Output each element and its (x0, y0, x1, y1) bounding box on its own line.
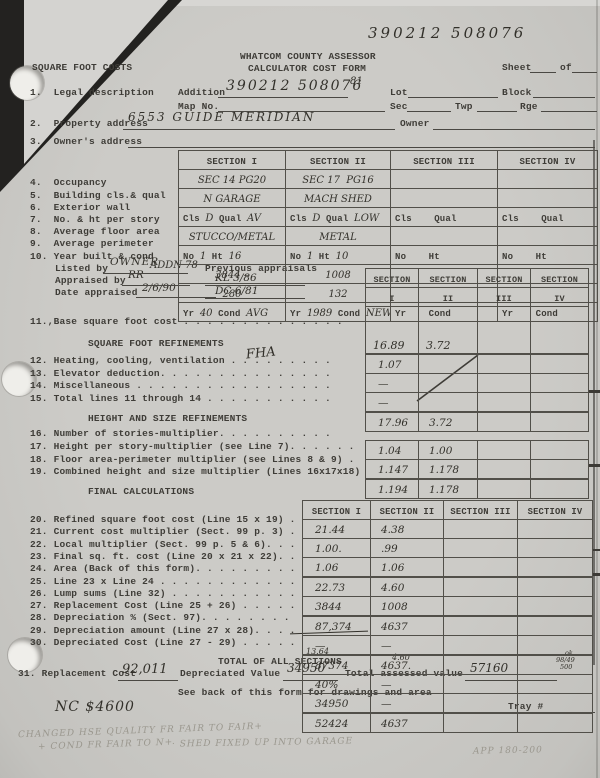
text-lines-l27: 27. Replacement Cost (Line 25 + 26) . . … (30, 600, 296, 611)
value-cell: 4637 (371, 713, 444, 733)
typed-text: SECTION III (413, 157, 475, 167)
text-lines-l28: 28. Depreciation % (Sect. 97). . . . . .… (30, 612, 290, 623)
handwritten-value: 4.60 (375, 582, 404, 594)
handwritten-text: 3844 – (215, 270, 249, 281)
handwritten-text: SEC 17 PG16 (302, 175, 374, 186)
text-lines-l21: 21. Current cost multiplier (Sect. 99 p.… (30, 526, 296, 537)
handwritten-value: 1.00. (307, 543, 342, 555)
value-cell (518, 597, 593, 617)
text-lines-l29: 29. Depreciation amount (Line 27 x 28). … (30, 625, 296, 636)
form-line (103, 264, 188, 274)
height-size-grid: 1.041.001.1471.1781.1941.178 (365, 440, 589, 499)
form-line (123, 120, 395, 130)
text-property_table-row_labels-3: 7. No. & ht per story (30, 214, 160, 225)
value-cell (478, 355, 531, 374)
property-cell: Cls Qual (391, 208, 498, 227)
value-cell: 34950 (303, 694, 371, 714)
property-cell (498, 189, 598, 208)
handwritten-value: 1.194 (370, 484, 408, 496)
value-cell (518, 675, 593, 694)
mini-header-cell: SECTION (366, 269, 419, 288)
typed-text: I (389, 294, 394, 304)
property-cell (391, 170, 498, 189)
value-cell (444, 694, 518, 714)
handwritten-text: 40 (200, 308, 213, 319)
value-cell (444, 539, 518, 558)
handwritten-value: — (370, 397, 389, 409)
handwritten-value: 40% (307, 679, 338, 691)
typed-text: Cond (332, 309, 366, 319)
handwritten-value: 1.00 (423, 445, 452, 457)
typed-text: III (496, 294, 512, 304)
line11-value-cell (478, 307, 531, 354)
value-cell: 21.44 (303, 520, 371, 539)
handwritten-text: SEC 14 PG20 (198, 175, 266, 186)
typed-text: SECTION (541, 275, 578, 285)
handwritten-value: 16.89 (373, 339, 405, 352)
handwritten-value: .99 (375, 543, 398, 555)
property-cell: No 1 Ht 16 (179, 246, 286, 265)
text-lines-l23: 23. Final sq. ft. cost (Line 20 x 21 x 2… (30, 551, 296, 562)
typed-text: Cls (290, 214, 312, 224)
handwritten-value: 1.06 (307, 562, 338, 574)
final-calculations-grid: SECTION ISECTION IISECTION IIISECTION IV… (302, 500, 593, 733)
property-cell: MACH SHED (286, 189, 391, 208)
typed-text: Cls Qual (502, 214, 564, 224)
section-header-cell: SECTION III (391, 151, 498, 170)
value-cell (518, 577, 593, 597)
text-lines-l15: 15. Total lines 11 through 14 . . . . . … (30, 393, 331, 404)
value-cell: 1.06 (303, 558, 371, 578)
value-cell (444, 713, 518, 733)
handwritten-value: — (370, 378, 389, 390)
heavy-rule-extension (588, 390, 600, 393)
value-cell: 4637 (371, 616, 444, 636)
value-cell (419, 393, 478, 413)
text-lines-l12: 12. Heating, cooling, ventilation . . . … (30, 355, 331, 366)
handwritten-value: 1.07 (370, 359, 401, 371)
text-legal-sup: 81 (350, 77, 363, 88)
text-lines-l25: 25. Line 23 x Line 24 . . . . . . . . . … (30, 576, 296, 587)
form-line (118, 671, 178, 681)
text-footer-nc: NC $4600 (55, 700, 135, 715)
page-right-edge-faint (596, 0, 598, 778)
handwritten-value: 17.96 (370, 417, 408, 429)
value-cell: 3.72 (419, 412, 478, 432)
form-line (541, 102, 597, 112)
value-cell: 4.38 (371, 520, 444, 539)
value-cell (518, 539, 593, 558)
handwritten-text: AVG (246, 308, 268, 319)
value-cell: 1008 (371, 597, 444, 617)
text-lines-final_header: FINAL CALCULATIONS (88, 486, 194, 497)
value-cell (531, 479, 589, 499)
handwritten-text: 132 (328, 289, 347, 300)
typed-text: Yr (290, 309, 307, 319)
typed-text: No Ht (395, 252, 440, 262)
text-footer-pencil3: · SHED FIXED UP INTO GARAGE (172, 737, 353, 750)
corner-fold-flap (0, 0, 200, 200)
value-cell: 1.07 (366, 355, 419, 374)
text-legal-lot: Lot (390, 87, 408, 98)
value-cell (518, 694, 593, 714)
value-cell (531, 412, 589, 432)
value-cell (518, 655, 593, 675)
handwritten-value: 4637 (375, 718, 408, 730)
typed-text: Cls (183, 214, 205, 224)
typed-text: Qual (213, 214, 247, 224)
text-legal-owner: Owner (400, 118, 430, 129)
text-lines-hs_header: HEIGHT AND SIZE REFINEMENTS (88, 413, 247, 424)
value-cell: 1.178 (419, 460, 478, 480)
section-header-cell: SECTION I (179, 151, 286, 170)
property-cell: N GARAGE (179, 189, 286, 208)
value-cell (518, 713, 593, 733)
property-cell: 280 (179, 284, 286, 303)
handwritten-value: 1.178 (423, 484, 459, 496)
handwritten-value: 4.38 (375, 524, 404, 536)
typed-text: SECTION (485, 275, 522, 285)
section-header-cell: SECTION II (286, 151, 391, 170)
form-line (407, 102, 451, 112)
value-cell: — (366, 374, 419, 393)
typed-text: Cond (213, 309, 247, 319)
text-property_table-row_labels-2: 6. Exterior wall (30, 202, 130, 213)
form-line (572, 63, 597, 73)
text-lines-l22: 22. Local multiplier (Sect. 99 p. 5 & 6)… (30, 539, 296, 550)
text-lines-l30: 30. Depreciated Cost (Line 27 - 29) . . … (30, 637, 296, 648)
value-cell: 1.178 (419, 479, 478, 499)
value-cell: — (303, 636, 371, 656)
scanned-form-page: 390212 508076SQUARE FOOT COSTSWHATCOM CO… (0, 0, 600, 778)
text-page-of: of (560, 62, 572, 73)
value-cell (444, 616, 518, 636)
line11-value-cell: 16.89 (366, 307, 419, 354)
handwritten-value: 1.04 (370, 445, 401, 457)
value-cell: — (366, 393, 419, 413)
text-lines-l19: 19. Combined height and size multiplier … (30, 466, 360, 477)
text-property_table-row_labels-4: 8. Average floor area (30, 226, 160, 237)
property-cell: SEC 14 PG20 (179, 170, 286, 189)
handwritten-value: — (375, 640, 392, 652)
text-property_table-row_labels-1: 5. Building cls.& qual (30, 190, 166, 201)
form-line (218, 102, 385, 112)
property-cell: No Ht (498, 246, 598, 265)
value-cell: — (371, 675, 444, 694)
value-cell: — (371, 694, 444, 714)
text-legal-n1l1: 1. Legal description (30, 87, 154, 98)
typed-text: SECTION IV (519, 157, 575, 167)
value-cell (531, 374, 589, 393)
text-lines-l24: 24. Area (Back of this form). . . . . . … (30, 563, 296, 574)
typed-text: SECTION (429, 275, 466, 285)
typed-text: No Ht (502, 252, 547, 262)
handwritten-text: 1008 (325, 270, 350, 281)
text-page-sheet: Sheet (502, 62, 532, 73)
value-cell: — (371, 636, 444, 656)
value-cell: .99 (371, 539, 444, 558)
text-lines-l20: 20. Refined square foot cost (Line 15 x … (30, 514, 296, 525)
property-cell: No Ht (391, 246, 498, 265)
heavy-rule-extension (592, 573, 600, 576)
typed-text: SECTION II (310, 157, 366, 167)
property-cell: METAL (286, 227, 391, 246)
value-cell (444, 636, 518, 656)
section-header-cell: SECTION I (303, 501, 371, 520)
refinements-grid: 1.07——17.963.72 (365, 354, 589, 432)
text-legal-twp: Twp (455, 101, 473, 112)
property-cell: Cls D Qual AV (179, 208, 286, 227)
property-cell: No 1 Ht 10 (286, 246, 391, 265)
value-cell: 1.06 (371, 558, 444, 578)
property-cell (498, 170, 598, 189)
form-line (408, 88, 498, 98)
handwritten-text: AV (247, 213, 261, 224)
typed-text: SECTION I (207, 157, 257, 167)
handwritten-value: 52424 (307, 718, 348, 730)
handwritten-text: STUCCO/METAL (189, 232, 275, 243)
typed-text: SECTION II (380, 507, 435, 517)
value-cell: 3844 (303, 597, 371, 617)
mini-header-cell: SECTION (531, 269, 589, 288)
value-cell: 17.96 (366, 412, 419, 432)
value-cell: 22.73 (303, 577, 371, 597)
handwritten-text: METAL (319, 232, 357, 243)
form-line (477, 102, 517, 112)
text-appraisal-date_label: Date appraised (55, 287, 138, 298)
value-cell: 1.00 (419, 441, 478, 460)
value-cell: 1.04 (366, 441, 419, 460)
form-line (533, 88, 595, 98)
value-cell (531, 460, 589, 480)
handwritten-text: LOW (354, 213, 379, 224)
typed-text: SECTION IV (528, 507, 583, 517)
section-header-cell: SECTION III (444, 501, 518, 520)
heavy-rule-extension (588, 464, 600, 467)
typed-text: Qual (320, 214, 354, 224)
form-line (218, 88, 348, 98)
value-cell (531, 355, 589, 374)
handwritten-value: 87374 (307, 660, 348, 672)
text-lines-l16: 16. Number of stories-multiplier. . . . … (30, 428, 331, 439)
handwritten-text: MACH SHED (304, 194, 372, 205)
text-appraisal-listed_label: Listed by (55, 263, 108, 274)
text-appraisal-appraised_label: Appraised by (55, 275, 126, 286)
typed-text: IV (554, 294, 565, 304)
text-property_table-row_labels-5: 9. Average perimeter (30, 238, 154, 249)
text-lines-l13: 13. Elevator deduction. . . . . . . . . … (30, 368, 331, 379)
mini-header-cell: II (419, 288, 478, 307)
heavy-rule-extension (592, 549, 600, 552)
value-cell (444, 597, 518, 617)
section-header-cell: SECTION II (371, 501, 444, 520)
typed-text: No (290, 252, 307, 262)
value-cell: 40% (303, 675, 371, 694)
typed-text: SECTION (373, 275, 410, 285)
text-lines-l17: 17. Height per story-multiplier (see Lin… (30, 441, 355, 452)
property-cell: STUCCO/METAL (179, 227, 286, 246)
typed-text: SECTION I (312, 507, 361, 517)
value-cell (478, 393, 531, 413)
value-cell (478, 460, 531, 480)
mini-header-cell: III (478, 288, 531, 307)
property-cell: 3844 – (179, 265, 286, 284)
property-cell (498, 227, 598, 246)
handwritten-value: 3.72 (426, 339, 451, 352)
handwritten-value: 21.44 (307, 524, 345, 536)
handwritten-value: 4637. (375, 660, 411, 672)
handwritten-value: 3844 (307, 601, 342, 613)
value-cell (531, 393, 589, 413)
handwritten-value: 87,374 (307, 621, 352, 633)
text-lines-l18: 18. Floor area-perimeter multiplier (see… (30, 454, 355, 465)
handwritten-value: 1.06 (375, 562, 404, 574)
typed-text: Ht (313, 252, 335, 262)
handwritten-text: 16 (229, 251, 242, 262)
value-cell (444, 655, 518, 675)
text-lines-fha: FHA (245, 345, 276, 362)
typed-text: SECTION III (450, 507, 510, 517)
value-cell (531, 441, 589, 460)
value-cell: 87,374 (303, 616, 371, 636)
value-cell (478, 479, 531, 499)
handwritten-value: 3.72 (423, 417, 452, 429)
text-lines-sq_header: SQUARE FOOT REFINEMENTS (88, 338, 224, 349)
typed-text: Cls Qual (395, 214, 457, 224)
form-line (530, 63, 556, 73)
text-footer-pencil2: + COND FR FAIR TO N+ (38, 739, 174, 753)
value-cell (518, 636, 593, 656)
value-cell: 52424 (303, 713, 371, 733)
property-cell: Cls Qual (498, 208, 598, 227)
form-line (433, 120, 595, 130)
text-lines-l31b: Depreciated Value (180, 668, 280, 679)
value-cell: 4637. (371, 655, 444, 675)
value-cell (518, 520, 593, 539)
handwritten-value: — (307, 640, 326, 652)
value-cell: 1.00. (303, 539, 371, 558)
handwritten-value: 1.147 (370, 464, 408, 476)
value-cell (444, 520, 518, 539)
section-header-cell: SECTION IV (518, 501, 593, 520)
handwritten-value: — (375, 679, 392, 691)
value-cell: 1.194 (366, 479, 419, 499)
handwritten-text: 10 (336, 251, 349, 262)
typed-text: Yr (183, 309, 200, 319)
text-legal-rge: Rge (520, 101, 538, 112)
handwritten-text: N GARAGE (203, 194, 260, 205)
handwritten-value: 4637 (375, 621, 408, 633)
value-cell (478, 441, 531, 460)
mini-header-cell: SECTION (419, 269, 478, 288)
sections-mini-table: SECTIONSECTIONSECTIONSECTIONIIIIIIIV16.8… (365, 268, 589, 354)
typed-text: Ht (206, 252, 228, 262)
property-cell (391, 189, 498, 208)
handwritten-value: 1008 (375, 601, 408, 613)
handwritten-value: 22.73 (307, 582, 345, 594)
value-cell: 1.147 (366, 460, 419, 480)
handwritten-text: 280 (222, 289, 241, 300)
value-cell (478, 412, 531, 432)
value-cell: 87374 (303, 655, 371, 675)
text-legal-n3l3: 3. Owner's address (30, 136, 142, 147)
mini-header-cell: IV (531, 288, 589, 307)
handwritten-value: 34950 (307, 698, 348, 710)
text-footer-pencil4: APP 180-200 (473, 746, 543, 757)
value-cell: 4.60 (371, 577, 444, 597)
text-page-corner_label: SQUARE FOOT COSTS (32, 62, 132, 73)
value-cell (444, 558, 518, 578)
property-cell (391, 227, 498, 246)
line11-value-cell (531, 307, 589, 354)
text-property_table-row_labels-0: 4. Occupancy (30, 177, 107, 188)
typed-text: No (183, 252, 200, 262)
text-legal-block: Block (502, 87, 532, 98)
text-legal-sec: Sec (390, 101, 408, 112)
text-page-title1: WHATCOM COUNTY ASSESSOR (240, 51, 376, 62)
text-lines-l14: 14. Miscellaneous . . . . . . . . . . . … (30, 380, 331, 391)
property-cell: Yr 40 Cond AVG (179, 303, 286, 322)
handwritten-text: 1989 (307, 308, 332, 319)
text-page-plate: 390212 508076 (368, 26, 526, 42)
value-cell (444, 675, 518, 694)
value-cell (419, 355, 478, 374)
handwritten-value: — (375, 698, 392, 710)
line11-value-cell: 3.72 (419, 307, 478, 354)
form-line (128, 138, 595, 148)
value-cell (518, 558, 593, 578)
property-cell: Cls D Qual LOW (286, 208, 391, 227)
property-cell: SEC 17 PG16 (286, 170, 391, 189)
text-page-title2: CALCULATOR COST FORM (248, 63, 366, 74)
mini-header-cell: SECTION (478, 269, 531, 288)
value-cell (478, 374, 531, 393)
value-cell (419, 374, 478, 393)
value-cell (444, 577, 518, 597)
value-cell (518, 616, 593, 636)
section-header-cell: SECTION IV (498, 151, 598, 170)
text-lines-l26: 26. Lump sums (Line 32) . . . . . . . . … (30, 588, 296, 599)
typed-text: II (443, 294, 454, 304)
mini-header-cell: I (366, 288, 419, 307)
handwritten-value: 1.178 (423, 464, 459, 476)
